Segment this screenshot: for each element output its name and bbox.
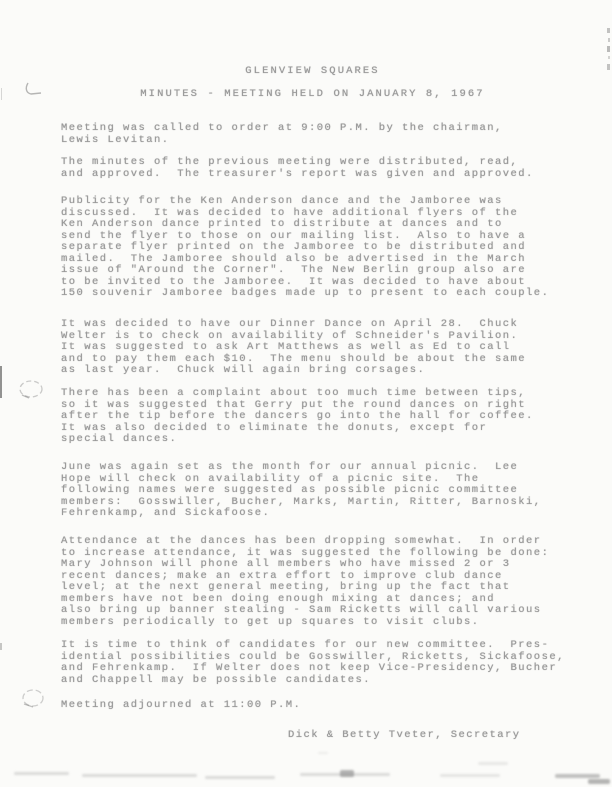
scan-smudge — [318, 752, 328, 754]
page-subtitle: MINUTES - MEETING HELD ON JANUARY 8, 196… — [60, 89, 565, 101]
page-title: GLENVIEW SQUARES — [60, 66, 565, 78]
scan-smudge — [340, 770, 354, 777]
scan-smudge — [440, 774, 500, 777]
paragraph-candidates: It is time to think of candidates for ou… — [61, 640, 565, 686]
paragraph-dinner-dance: It was decided to have our Dinner Dance … — [61, 319, 526, 377]
scanned-minutes-page: GLENVIEW SQUARES MINUTES - MEETING HELD … — [0, 0, 612, 787]
paragraph-minutes-report: The minutes of the previous meeting were… — [61, 157, 534, 180]
edge-marks-top-right — [602, 26, 612, 76]
scan-smudge — [478, 762, 508, 765]
paragraph-picnic: June was again set as the month for our … — [61, 462, 542, 520]
edge-mark-left-top — [1, 88, 2, 100]
adjournment-line: Meeting adjourned at 11:00 P.M. — [61, 700, 301, 712]
scan-smudge — [205, 776, 275, 779]
edge-mark-left-dark — [0, 366, 2, 398]
pencil-circle-mark-middle-left — [17, 378, 45, 402]
scan-smudge — [588, 779, 610, 784]
scan-smudge — [555, 774, 600, 778]
scan-smudge — [82, 774, 197, 777]
pencil-circle-mark-bottom-left — [20, 688, 48, 712]
edge-mark-left-faint — [0, 643, 2, 650]
paragraph-complaint: There has been a complaint about too muc… — [61, 388, 534, 446]
paragraph-publicity: Publicity for the Ken Anderson dance and… — [61, 196, 549, 300]
scan-smudge — [14, 772, 69, 775]
paragraph-attendance: Attendance at the dances has been droppi… — [61, 536, 549, 628]
pencil-mark-top-left — [24, 82, 46, 98]
signature-line: Dick & Betty Tveter, Secretary — [288, 730, 521, 742]
scan-smudge — [300, 773, 390, 776]
paragraph-call-to-order: Meeting was called to order at 9:00 P.M.… — [61, 123, 503, 146]
